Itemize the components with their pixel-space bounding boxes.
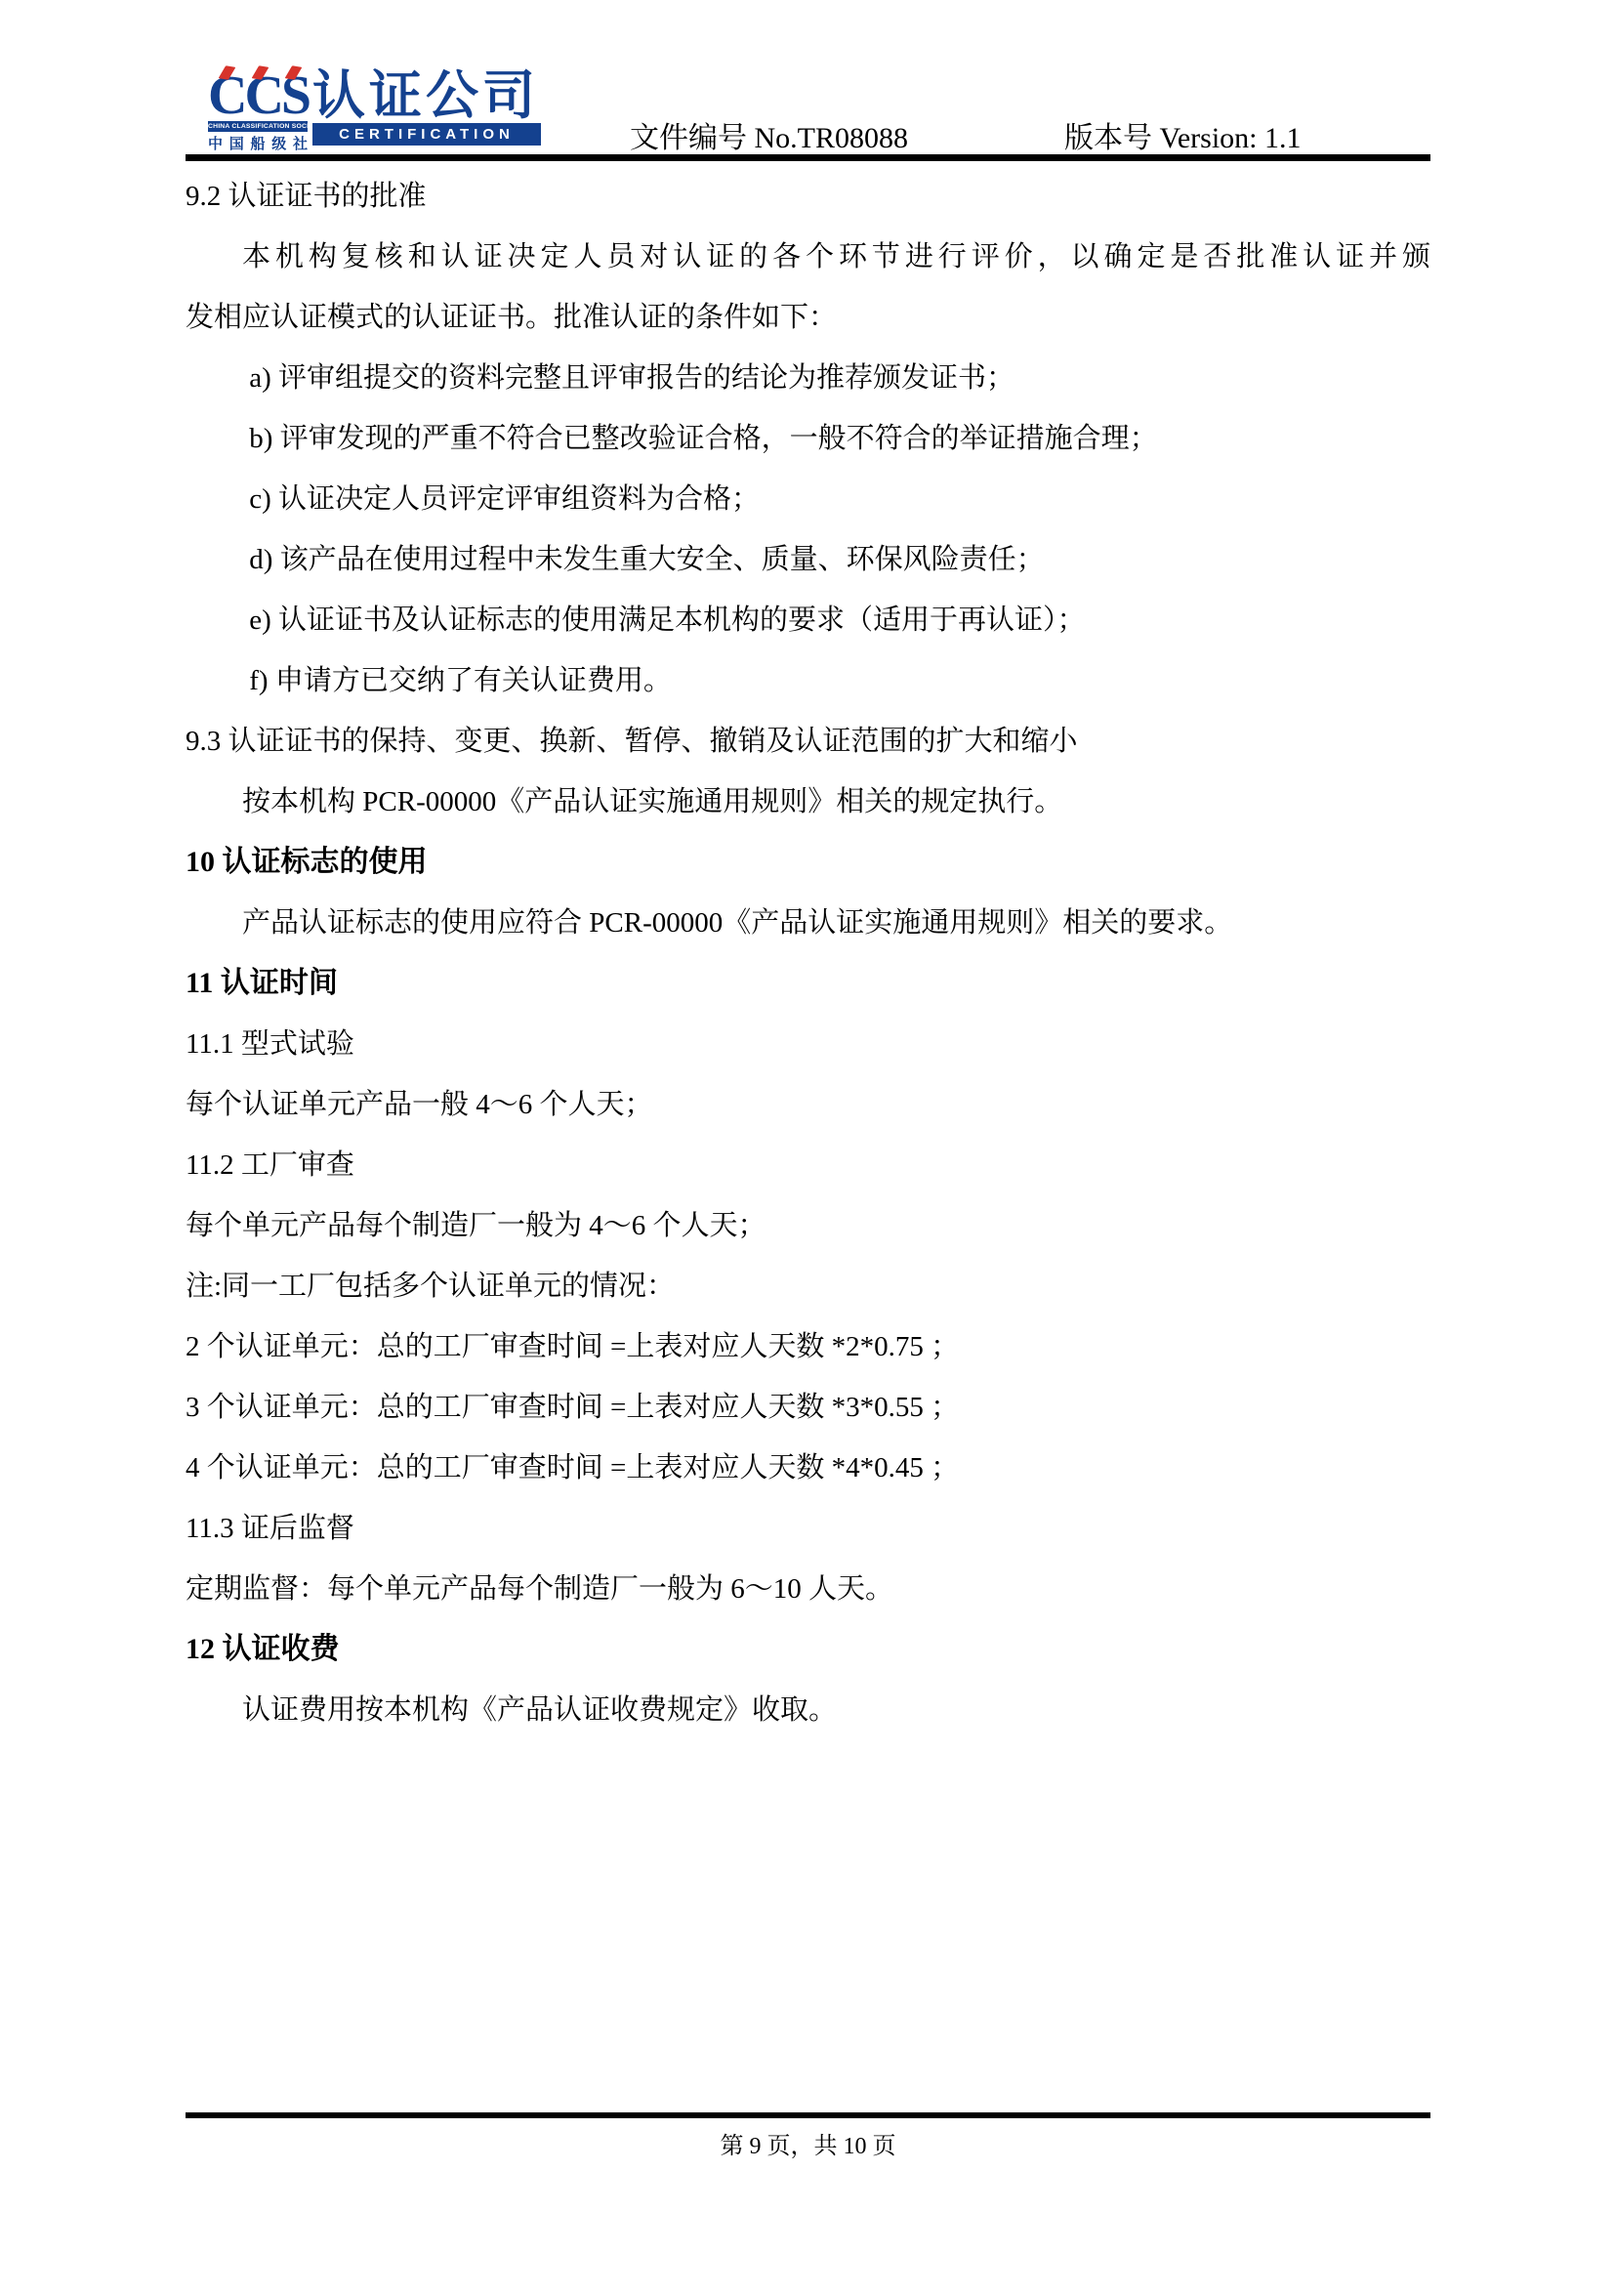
section-heading-11-3: 11.3 证后监督 [186, 1498, 1430, 1559]
document-body: 9.2 认证证书的批准 本机构复核和认证决定人员对认证的各个环节进行评价，以确定… [186, 166, 1430, 1740]
society-cn-char: 中 [208, 133, 223, 153]
document-page: CCS CHINA CLASSIFICATION SOCIETY 中 国 船 级… [0, 0, 1615, 2296]
header-divider [186, 154, 1430, 161]
paragraph-line: 本机构复核和认证决定人员对认证的各个环节进行评价，以确定是否批准认证并颁 [186, 227, 1430, 287]
list-item-f: f) 申请方已交纳了有关认证费用。 [186, 650, 1430, 711]
footer-divider [186, 2112, 1430, 2118]
section-heading-10: 10 认证标志的使用 [186, 832, 1430, 893]
list-item-d: d) 该产品在使用过程中未发生重大安全、质量、环保风险责任； [186, 529, 1430, 590]
paragraph-line: 发相应认证模式的认证证书。批准认证的条件如下： [186, 287, 1430, 348]
paragraph-line: 产品认证标志的使用应符合 PCR-00000《产品认证实施通用规则》相关的要求。 [186, 893, 1430, 953]
formula-line-4-units: 4 个认证单元：总的工厂审查时间 =上表对应人天数 *4*0.45 ； [186, 1438, 1430, 1498]
certification-en-bar: CERTIFICATION [312, 123, 541, 146]
ccs-logo-right-block: 认证公司 CERTIFICATION [312, 70, 541, 146]
company-name-cn: 认证公司 [312, 70, 541, 121]
ccs-logo-left-block: CCS CHINA CLASSIFICATION SOCIETY 中 国 船 级… [208, 72, 308, 153]
formula-line-3-units: 3 个认证单元：总的工厂审查时间 =上表对应人天数 *3*0.55 ； [186, 1377, 1430, 1438]
note-line: 注:同一工厂包括多个认证单元的情况： [186, 1256, 1430, 1316]
section-heading-9-2: 9.2 认证证书的批准 [186, 166, 1430, 227]
section-heading-11-2: 11.2 工厂审查 [186, 1135, 1430, 1195]
paragraph-line: 每个单元产品每个制造厂一般为 4～6 个人天； [186, 1195, 1430, 1256]
list-item-e: e) 认证证书及认证标志的使用满足本机构的要求（适用于再认证）； [186, 590, 1430, 650]
society-cn-char: 船 [250, 133, 265, 153]
paragraph-line: 按本机构 PCR-00000《产品认证实施通用规则》相关的规定执行。 [186, 772, 1430, 832]
section-heading-12: 12 认证收费 [186, 1619, 1430, 1680]
paragraph-line: 定期监督：每个单元产品每个制造厂一般为 6～10 人天。 [186, 1559, 1430, 1619]
section-heading-11-1: 11.1 型式试验 [186, 1014, 1430, 1074]
paragraph-line: 每个认证单元产品一般 4～6 个人天； [186, 1074, 1430, 1135]
society-cn-char: 国 [229, 133, 244, 153]
list-item-a: a) 评审组提交的资料完整且评审报告的结论为推荐颁发证书； [186, 348, 1430, 408]
ccs-wordmark: CCS [208, 72, 308, 119]
formula-line-2-units: 2 个认证单元：总的工厂审查时间 =上表对应人天数 *2*0.75 ； [186, 1316, 1430, 1377]
version-number: 版本号 Version: 1.1 [1064, 113, 1302, 156]
society-cn: 中 国 船 级 社 [208, 133, 308, 153]
list-item-b: b) 评审发现的严重不符合已整改验证合格，一般不符合的举证措施合理； [186, 408, 1430, 469]
section-heading-11: 11 认证时间 [186, 953, 1430, 1014]
society-cn-char: 社 [293, 133, 308, 153]
document-number: 文件编号 No.TR08088 [630, 113, 908, 156]
society-cn-char: 级 [271, 133, 286, 153]
list-item-c: c) 认证决定人员评定评审组资料为合格； [186, 469, 1430, 529]
paragraph-line: 认证费用按本机构《产品认证收费规定》收取。 [186, 1680, 1430, 1740]
section-heading-9-3: 9.3 认证证书的保持、变更、换新、暂停、撤销及认证范围的扩大和缩小 [186, 711, 1430, 772]
page-number: 第 9 页，共 10 页 [186, 2127, 1430, 2166]
